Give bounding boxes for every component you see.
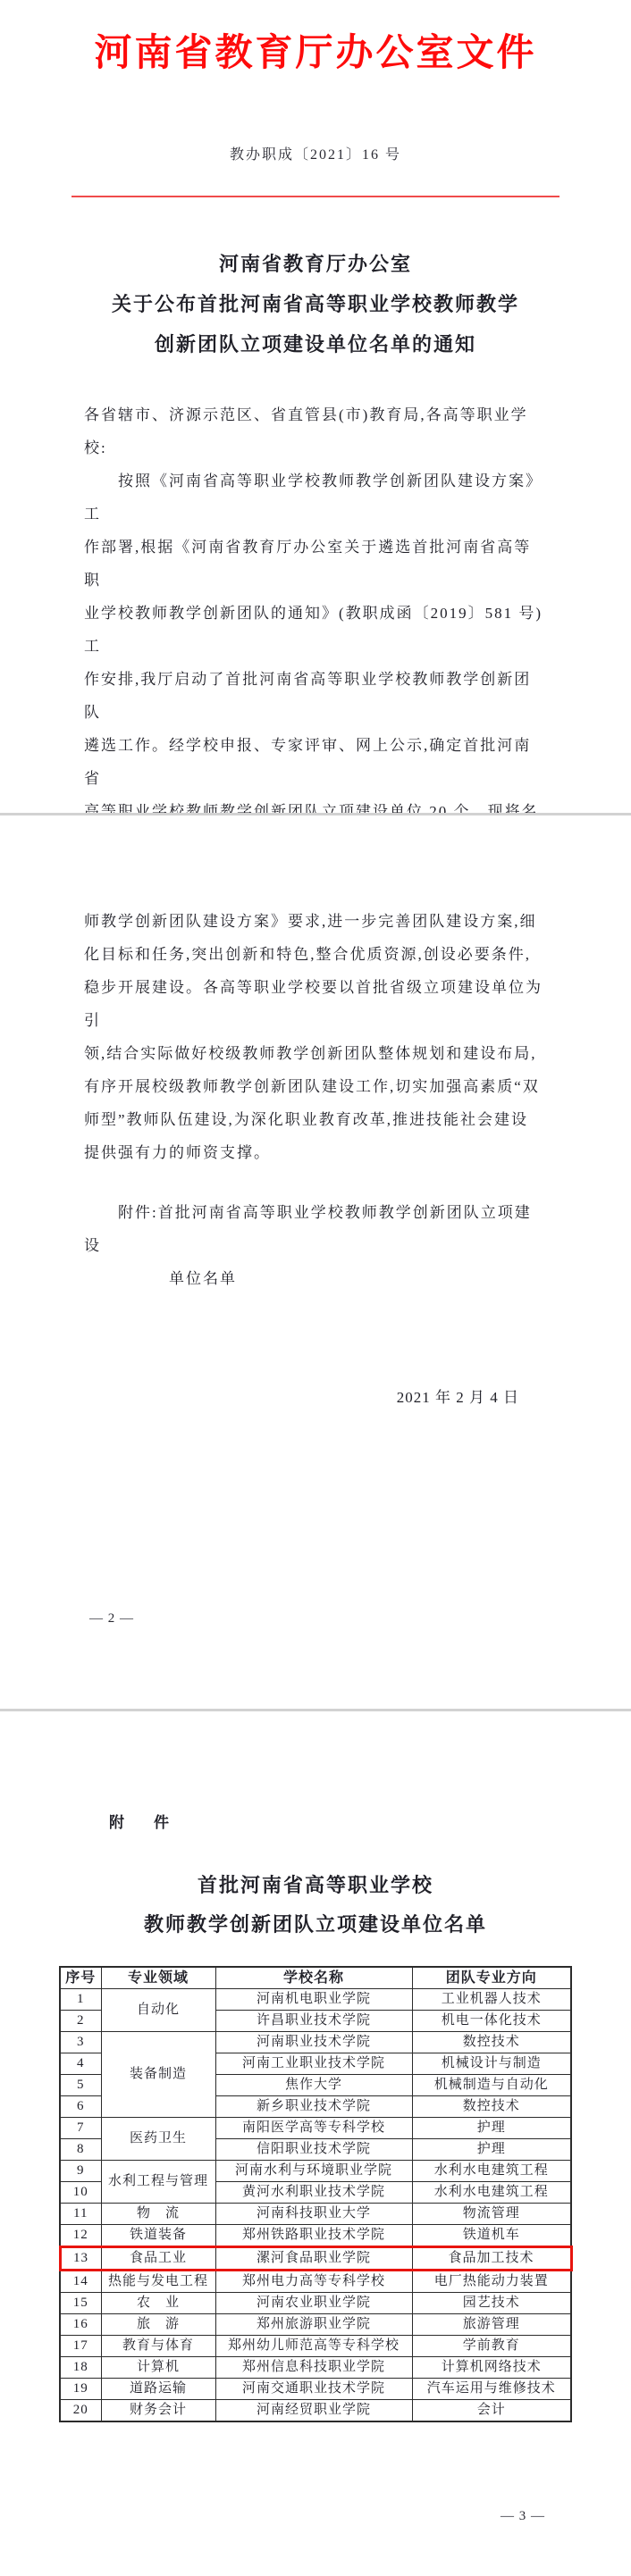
document-date: 2021 年 2 月 4 日: [0, 1384, 631, 1407]
table-row: 20财务会计河南经贸职业学院会计: [60, 2400, 571, 2422]
table-row: 11物 流河南科技职业大学物流管理: [60, 2204, 571, 2225]
table-row: 7医药卫生南阳医学高等专科学校护理: [60, 2118, 571, 2139]
body-line: 作部署,根据《河南省教育厅办公室关于遴选首批河南省高等职: [84, 531, 547, 597]
body-line: 师型”教师队伍建设,为深化职业教育改革,推进技能社会建设: [84, 1103, 547, 1136]
body-line: 领,结合实际做好校级教师教学创新团队整体规划和建设布局,: [84, 1037, 547, 1070]
cell-school: 郑州幼儿师范高等专科学校: [215, 2336, 412, 2357]
table-row: 9水利工程与管理河南水利与环境职业学院水利水电建筑工程: [60, 2161, 571, 2182]
cell-school: 河南职业技术学院: [215, 2032, 412, 2053]
cell-school: 新乡职业技术学院: [215, 2096, 412, 2118]
cell-school: 河南工业职业技术学院: [215, 2053, 412, 2075]
letterhead-title: 河南省教育厅办公室文件: [0, 29, 631, 79]
cell-direction: 铁道机车: [412, 2225, 571, 2247]
cell-no: 6: [60, 2096, 101, 2118]
cell-field: 食品工业: [101, 2247, 215, 2271]
cell-field: 道路运输: [101, 2379, 215, 2400]
cell-school: 漯河食品职业学院: [215, 2247, 412, 2271]
cell-field: 自动化: [101, 1989, 215, 2032]
body-line: 按照《河南省高等职业学校教师教学创新团队建设方案》工: [84, 464, 547, 531]
page-3: 附 件 首批河南省高等职业学校 教师教学创新团队立项建设单位名单 序号 专业领域…: [0, 1711, 631, 2576]
cell-no: 7: [60, 2118, 101, 2139]
notice-title-line: 创新团队立项建设单位名单的通知: [0, 324, 631, 364]
cell-direction: 会计: [412, 2400, 571, 2422]
cell-school: 河南经贸职业学院: [215, 2400, 412, 2422]
cell-direction: 学前教育: [412, 2336, 571, 2357]
cell-field: 水利工程与管理: [101, 2161, 215, 2204]
cell-no: 20: [60, 2400, 101, 2422]
cell-direction: 护理: [412, 2118, 571, 2139]
table-header-row: 序号 专业领域 学校名称 团队专业方向: [60, 1967, 571, 1989]
attachment-title: 首批河南省高等职业学校 教师教学创新团队立项建设单位名单: [0, 1866, 631, 1945]
cell-no: 1: [60, 1989, 101, 2011]
cell-field: 旅 游: [101, 2314, 215, 2336]
cell-field: 计算机: [101, 2357, 215, 2379]
cell-no: 12: [60, 2225, 101, 2247]
document-number: 教办职成〔2021〕16 号: [0, 143, 631, 163]
cell-direction: 护理: [412, 2139, 571, 2161]
document-viewer: 河南省教育厅办公室文件 教办职成〔2021〕16 号 河南省教育厅办公室 关于公…: [0, 0, 631, 2576]
cell-no: 16: [60, 2314, 101, 2336]
cell-direction: 数控技术: [412, 2096, 571, 2118]
header-school: 学校名称: [215, 1967, 412, 1989]
cell-field: 铁道装备: [101, 2225, 215, 2247]
header-field: 专业领域: [101, 1967, 215, 1989]
body-line: 化目标和任务,突出创新和特色,整合优质资源,创设必要条件,: [84, 938, 547, 971]
notice-title-line: 河南省教育厅办公室: [0, 244, 631, 284]
cell-school: 郑州电力高等专科学校: [215, 2271, 412, 2293]
header-direction: 团队专业方向: [412, 1967, 571, 1989]
table-row: 13食品工业漯河食品职业学院食品加工技术: [60, 2247, 571, 2271]
cell-direction: 计算机网络技术: [412, 2357, 571, 2379]
cell-school: 郑州信息科技职业学院: [215, 2357, 412, 2379]
page-1: 河南省教育厅办公室文件 教办职成〔2021〕16 号 河南省教育厅办公室 关于公…: [0, 0, 631, 813]
cell-direction: 机械制造与自动化: [412, 2075, 571, 2096]
cell-no: 18: [60, 2357, 101, 2379]
table-row: 17教育与体育郑州幼儿师范高等专科学校学前教育: [60, 2336, 571, 2357]
cell-field: 教育与体育: [101, 2336, 215, 2357]
attachment-ref-line: 单位名单: [84, 1262, 547, 1295]
cell-no: 8: [60, 2139, 101, 2161]
cell-no: 14: [60, 2271, 101, 2293]
cell-field: 热能与发电工程: [101, 2271, 215, 2293]
attachment-ref-line: 附件:首批河南省高等职业学校教师教学创新团队立项建设: [84, 1196, 547, 1262]
cell-direction: 水利水电建筑工程: [412, 2161, 571, 2182]
attachment-reference: 附件:首批河南省高等职业学校教师教学创新团队立项建设 单位名单: [0, 1196, 631, 1295]
cell-school: 信阳职业技术学院: [215, 2139, 412, 2161]
units-table: 序号 专业领域 学校名称 团队专业方向 1自动化河南机电职业学院工业机器人技术2…: [59, 1966, 573, 2422]
table-row: 12铁道装备郑州铁路职业技术学院铁道机车: [60, 2225, 571, 2247]
cell-direction: 电厂热能动力装置: [412, 2271, 571, 2293]
cell-field: 农 业: [101, 2293, 215, 2314]
units-table-body: 1自动化河南机电职业学院工业机器人技术2许昌职业技术学院机电一体化技术3装备制造…: [60, 1989, 571, 2422]
cell-no: 11: [60, 2204, 101, 2225]
body-text-page1: 各省辖市、济源示范区、省直管县(市)教育局,各高等职业学校: 按照《河南省高等职…: [0, 398, 631, 813]
cell-direction: 机电一体化技术: [412, 2011, 571, 2032]
cell-direction: 旅游管理: [412, 2314, 571, 2336]
body-line: 作安排,我厅启动了首批河南省高等职业学校教师教学创新团队: [84, 663, 547, 729]
cell-direction: 汽车运用与维修技术: [412, 2379, 571, 2400]
cell-field: 医药卫生: [101, 2118, 215, 2161]
cell-school: 黄河水利职业技术学院: [215, 2182, 412, 2204]
cell-field: 装备制造: [101, 2032, 215, 2118]
attachment-title-line: 首批河南省高等职业学校: [0, 1866, 631, 1905]
cell-direction: 数控技术: [412, 2032, 571, 2053]
cell-school: 河南机电职业学院: [215, 1989, 412, 2011]
cell-school: 焦作大学: [215, 2075, 412, 2096]
cell-direction: 水利水电建筑工程: [412, 2182, 571, 2204]
page-number: — 2 —: [89, 1611, 134, 1627]
cell-direction: 园艺技术: [412, 2293, 571, 2314]
attachment-title-line: 教师教学创新团队立项建设单位名单: [0, 1905, 631, 1945]
cell-direction: 食品加工技术: [412, 2247, 571, 2271]
letterhead-divider: [72, 196, 559, 197]
header-no: 序号: [60, 1967, 101, 1989]
cell-direction: 机械设计与制造: [412, 2053, 571, 2075]
body-line: 高等职业学校教师教学创新团队立项建设单位 20 个。现将名单予: [84, 795, 547, 813]
cell-no: 17: [60, 2336, 101, 2357]
cell-school: 河南交通职业技术学院: [215, 2379, 412, 2400]
cell-school: 郑州旅游职业学院: [215, 2314, 412, 2336]
notice-title: 河南省教育厅办公室 关于公布首批河南省高等职业学校教师教学 创新团队立项建设单位…: [0, 244, 631, 364]
body-line: 稳步开展建设。各高等职业学校要以首批省级立项建设单位为引: [84, 971, 547, 1037]
cell-field: 物 流: [101, 2204, 215, 2225]
table-row: 18计算机郑州信息科技职业学院计算机网络技术: [60, 2357, 571, 2379]
cell-field: 财务会计: [101, 2400, 215, 2422]
body-line: 有序开展校级教师教学创新团队建设工作,切实加强高素质“双: [84, 1070, 547, 1103]
notice-title-line: 关于公布首批河南省高等职业学校教师教学: [0, 284, 631, 324]
cell-direction: 物流管理: [412, 2204, 571, 2225]
cell-no: 15: [60, 2293, 101, 2314]
body-line: 各省辖市、济源示范区、省直管县(市)教育局,各高等职业学校:: [84, 398, 547, 464]
body-line: 师教学创新团队建设方案》要求,进一步完善团队建设方案,细: [84, 905, 547, 938]
table-row: 1自动化河南机电职业学院工业机器人技术: [60, 1989, 571, 2011]
cell-school: 郑州铁路职业技术学院: [215, 2225, 412, 2247]
cell-no: 2: [60, 2011, 101, 2032]
table-row: 3装备制造河南职业技术学院数控技术: [60, 2032, 571, 2053]
cell-no: 5: [60, 2075, 101, 2096]
table-row: 14热能与发电工程郑州电力高等专科学校电厂热能动力装置: [60, 2271, 571, 2293]
body-line: 提供强有力的师资支撑。: [84, 1136, 547, 1169]
cell-direction: 工业机器人技术: [412, 1989, 571, 2011]
page-number: — 3 —: [501, 2509, 545, 2524]
body-line: 遴选工作。经学校申报、专家评审、网上公示,确定首批河南省: [84, 729, 547, 795]
cell-school: 河南科技职业大学: [215, 2204, 412, 2225]
page-2: 师教学创新团队建设方案》要求,进一步完善团队建设方案,细化目标和任务,突出创新和…: [0, 815, 631, 1709]
cell-no: 4: [60, 2053, 101, 2075]
body-text-page2: 师教学创新团队建设方案》要求,进一步完善团队建设方案,细化目标和任务,突出创新和…: [0, 815, 631, 1169]
table-row: 19道路运输河南交通职业技术学院汽车运用与维修技术: [60, 2379, 571, 2400]
cell-no: 19: [60, 2379, 101, 2400]
cell-no: 3: [60, 2032, 101, 2053]
table-row: 16旅 游郑州旅游职业学院旅游管理: [60, 2314, 571, 2336]
cell-no: 9: [60, 2161, 101, 2182]
attachment-label: 附 件: [0, 1711, 631, 1832]
cell-no: 13: [60, 2247, 101, 2271]
table-row: 15农 业河南农业职业学院园艺技术: [60, 2293, 571, 2314]
cell-school: 河南水利与环境职业学院: [215, 2161, 412, 2182]
cell-school: 河南农业职业学院: [215, 2293, 412, 2314]
cell-no: 10: [60, 2182, 101, 2204]
cell-school: 许昌职业技术学院: [215, 2011, 412, 2032]
body-line: 业学校教师教学创新团队的通知》(教职成函〔2019〕581 号)工: [84, 597, 547, 663]
cell-school: 南阳医学高等专科学校: [215, 2118, 412, 2139]
